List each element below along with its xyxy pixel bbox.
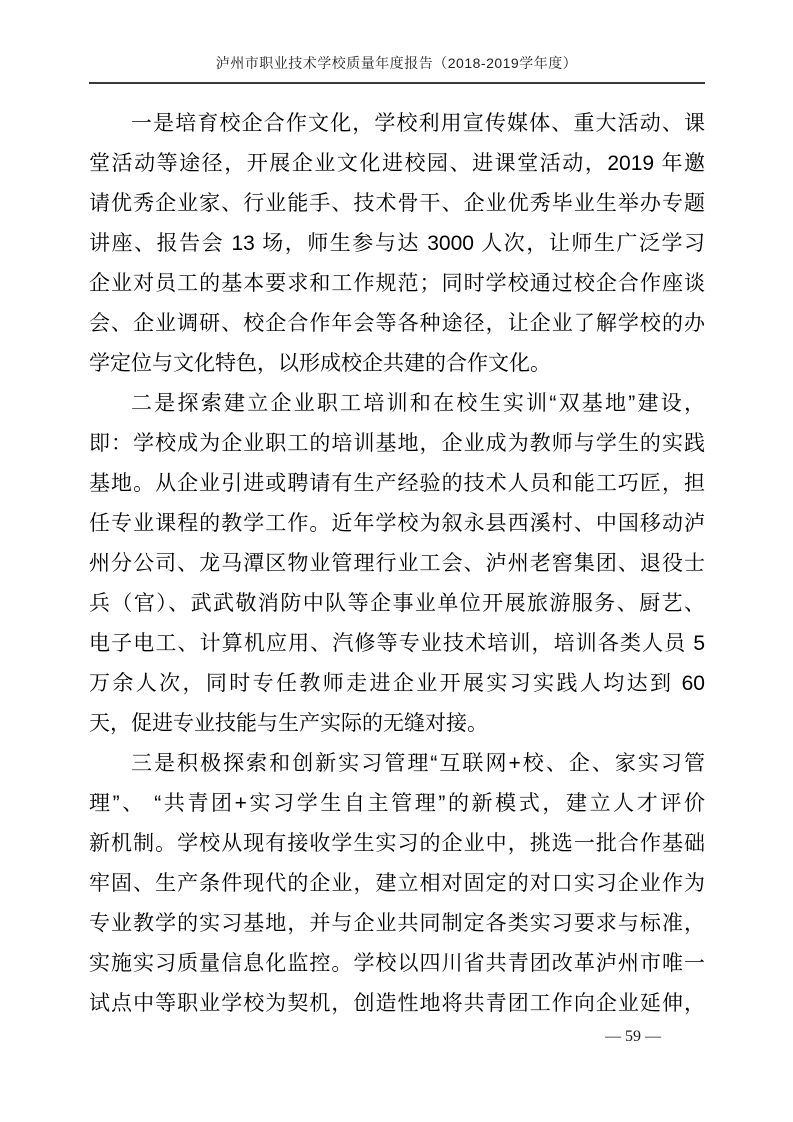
text-line: 电子电工、计算机应用、汽修等专业技术培训，培训各类人员 5: [89, 624, 705, 664]
text-line: 学定位与文化特色，以形成校企共建的合作文化。: [89, 344, 705, 384]
text-line: 三是积极探索和创新实习管理“互联网+校、企、家实习管: [89, 744, 705, 784]
paragraph: 三是积极探索和创新实习管理“互联网+校、企、家实习管理”、 “共青团+实习学生自…: [89, 744, 705, 1024]
text-line: 万余人次，同时专任教师走进企业开展实习实践人均达到 60: [89, 664, 705, 704]
text-line: 任专业课程的教学工作。近年学校为叙永县西溪村、中国移动泸: [89, 504, 705, 544]
text-line: 州分公司、龙马潭区物业管理行业工会、泸州老窖集团、退役士: [89, 544, 705, 584]
text-line: 二是探索建立企业职工培训和在校生实训“双基地”建设，: [89, 384, 705, 424]
document-body: 一是培育校企合作文化，学校利用宣传媒体、重大活动、课堂活动等途径，开展企业文化进…: [89, 104, 705, 1024]
text-line: 兵（官）、武武敬消防中队等企事业单位开展旅游服务、厨艺、: [89, 584, 705, 624]
text-line: 讲座、报告会 13 场，师生参与达 3000 人次，让师生广泛学习: [89, 224, 705, 264]
text-line: 一是培育校企合作文化，学校利用宣传媒体、重大活动、课: [89, 104, 705, 144]
text-line: 新机制。学校从现有接收学生实习的企业中，挑选一批合作基础: [89, 824, 705, 864]
page-footer: — 59 —: [605, 1028, 661, 1046]
paragraph: 二是探索建立企业职工培训和在校生实训“双基地”建设，即：学校成为企业职工的培训基…: [89, 384, 705, 744]
text-line: 企业对员工的基本要求和工作规范；同时学校通过校企合作座谈: [89, 264, 705, 304]
page-number: — 59 —: [605, 1028, 661, 1045]
text-line: 试点中等职业学校为契机，创造性地将共青团工作向企业延伸，: [89, 984, 705, 1024]
text-line: 会、企业调研、校企合作年会等各种途径，让企业了解学校的办: [89, 304, 705, 344]
document-page: 泸州市职业技术学校质量年度报告（2018-2019学年度） 一是培育校企合作文化…: [0, 0, 793, 1122]
text-line: 实施实习质量信息化监控。学校以四川省共青团改革泸州市唯一: [89, 944, 705, 984]
paragraph: 一是培育校企合作文化，学校利用宣传媒体、重大活动、课堂活动等途径，开展企业文化进…: [89, 104, 705, 384]
page-header: 泸州市职业技术学校质量年度报告（2018-2019学年度）: [0, 0, 793, 84]
text-line: 天，促进专业技能与生产实际的无缝对接。: [89, 704, 705, 744]
text-line: 专业教学的实习基地，并与企业共同制定各类实习要求与标准，: [89, 904, 705, 944]
text-line: 理”、 “共青团+实习学生自主管理”的新模式，建立人才评价: [89, 784, 705, 824]
text-line: 即：学校成为企业职工的培训基地，企业成为教师与学生的实践: [89, 424, 705, 464]
header-title: 泸州市职业技术学校质量年度报告（2018-2019学年度）: [0, 53, 793, 73]
header-rule: [89, 82, 705, 84]
text-line: 牢固、生产条件现代的企业，建立相对固定的对口实习企业作为: [89, 864, 705, 904]
text-line: 基地。从企业引进或聘请有生产经验的技术人员和能工巧匠，担: [89, 464, 705, 504]
text-line: 堂活动等途径，开展企业文化进校园、进课堂活动，2019 年邀: [89, 144, 705, 184]
text-line: 请优秀企业家、行业能手、技术骨干、企业优秀毕业生举办专题: [89, 184, 705, 224]
